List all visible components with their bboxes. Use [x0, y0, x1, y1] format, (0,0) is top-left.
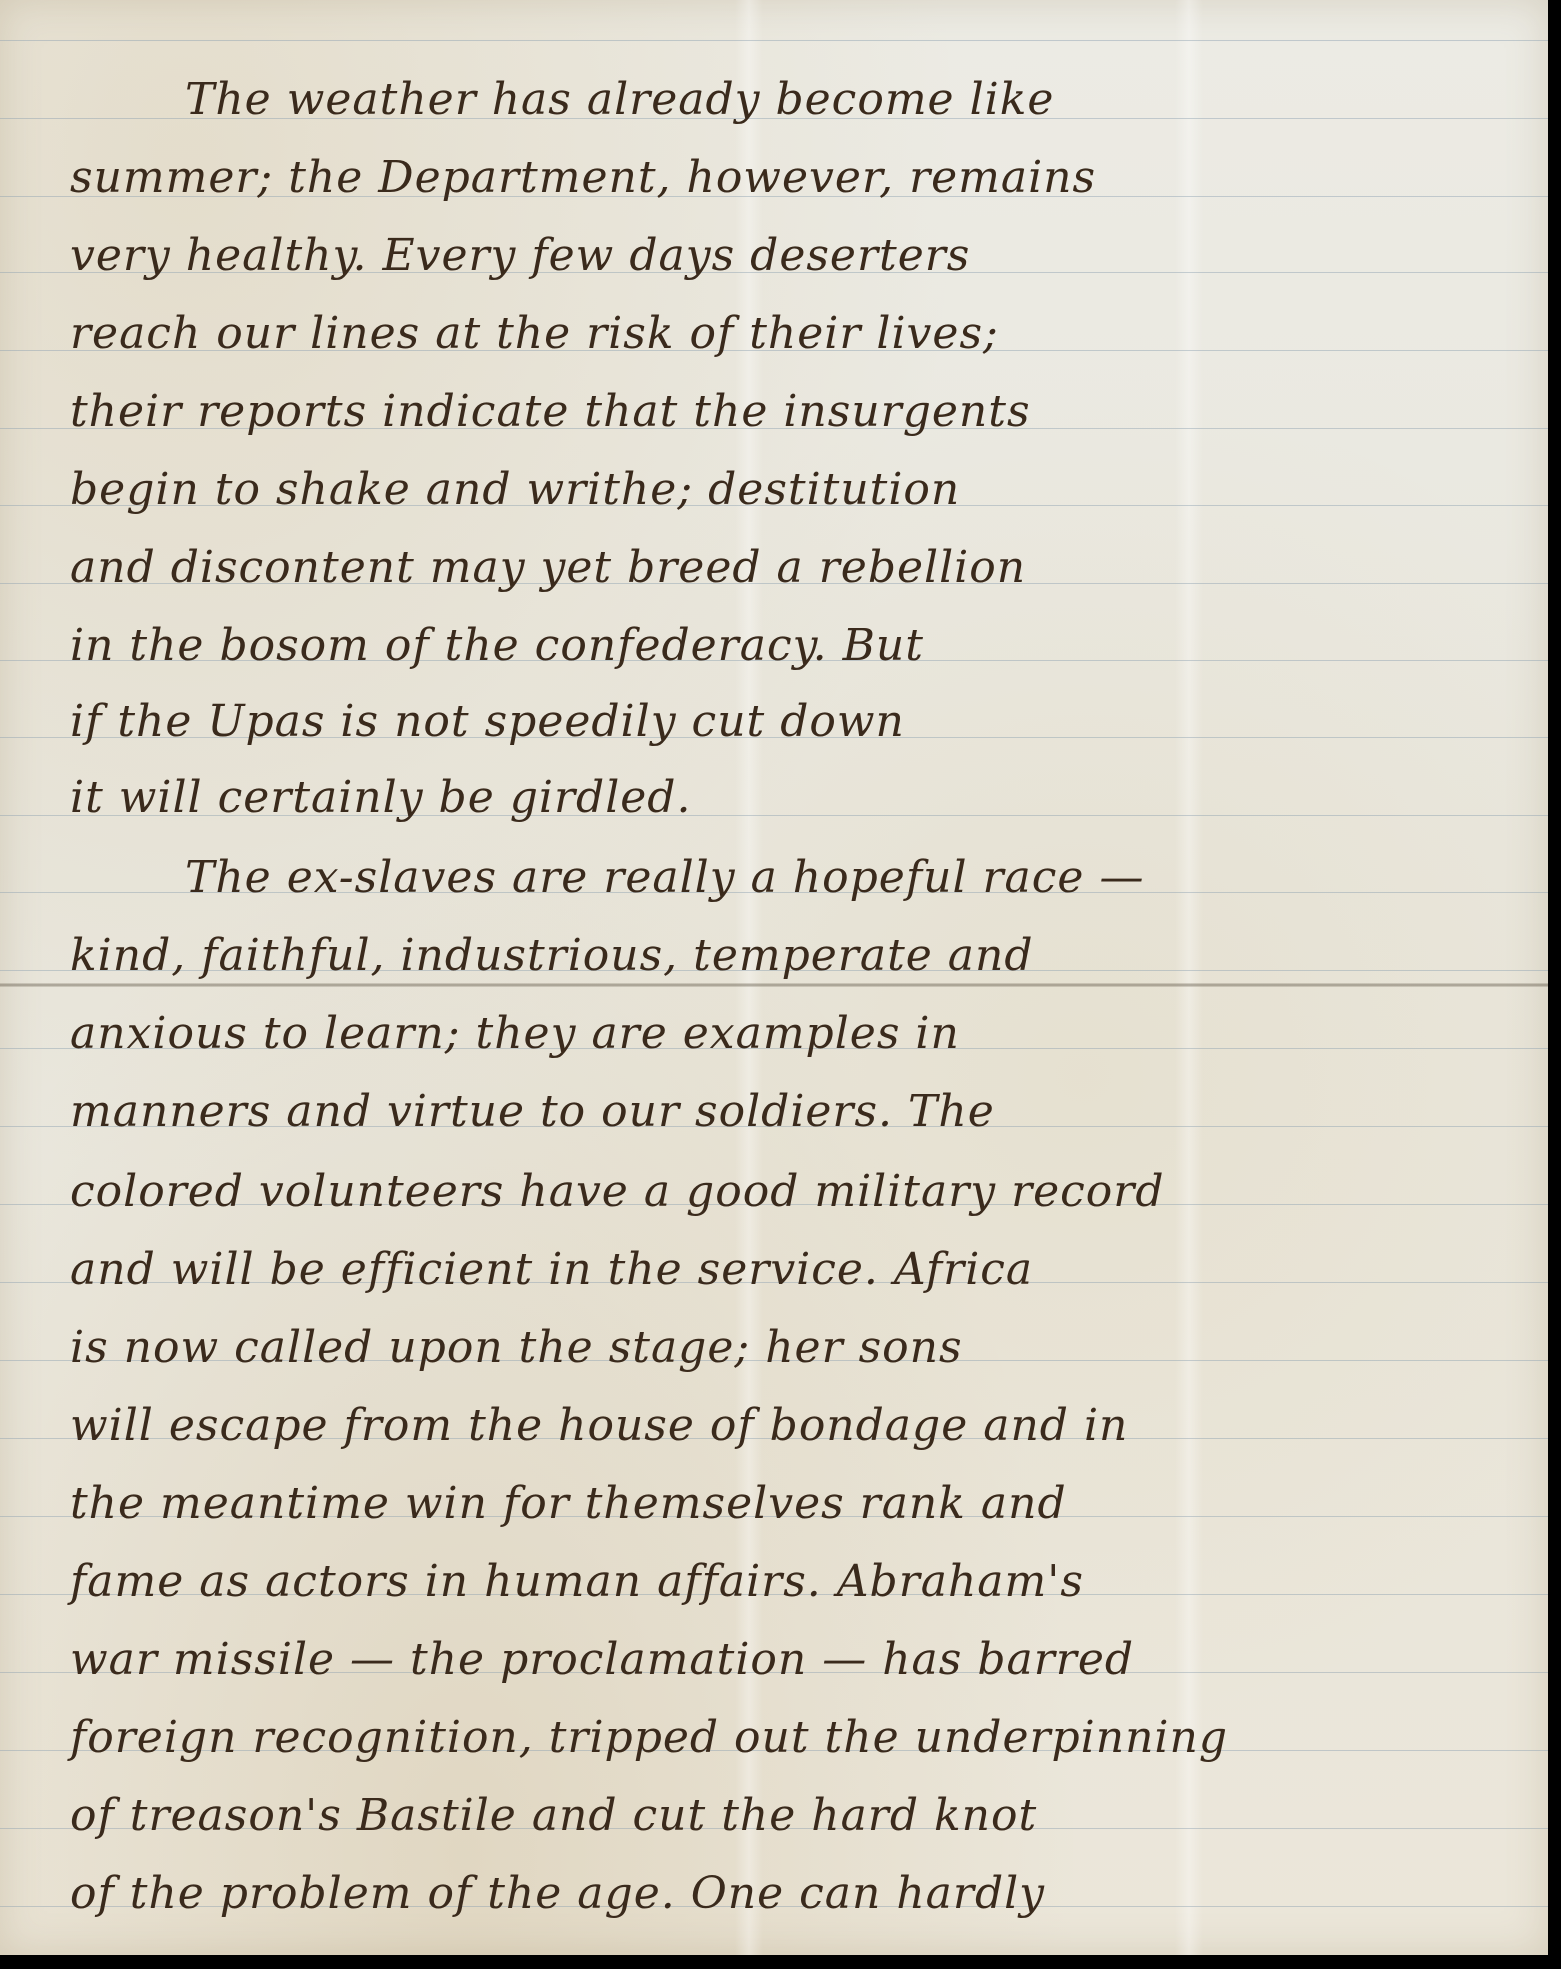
text-line: and will be efficient in the service. Af… [70, 1248, 1518, 1292]
text-line: of treason's Bastile and cut the hard kn… [70, 1794, 1518, 1838]
text-line: anxious to learn; they are examples in [70, 1012, 1518, 1056]
text-line: The ex-slaves are really a hopeful race … [185, 856, 1518, 900]
text-line: colored volunteers have a good military … [70, 1170, 1518, 1214]
text-line: The weather has already become like [185, 78, 1518, 122]
text-line: reach our lines at the risk of their liv… [70, 312, 1518, 356]
text-line: fame as actors in human affairs. Abraham… [70, 1560, 1518, 1604]
text-line: kind, faithful, industrious, temperate a… [70, 934, 1518, 978]
text-line: foreign recognition, tripped out the und… [70, 1716, 1518, 1760]
text-line: it will certainly be girdled. [70, 776, 1518, 820]
text-line: their reports indicate that the insurgen… [70, 390, 1518, 434]
text-line: war missile — the proclamation — has bar… [70, 1638, 1518, 1682]
text-line: of the problem of the age. One can hardl… [70, 1872, 1518, 1916]
text-line: in the bosom of the confederacy. But [70, 624, 1518, 668]
ruled-line [0, 40, 1548, 41]
text-line: is now called upon the stage; her sons [70, 1326, 1518, 1370]
horizontal-fold-crease [0, 983, 1548, 987]
text-line: summer; the Department, however, remains [70, 156, 1518, 200]
text-line: if the Upas is not speedily cut down [70, 700, 1518, 744]
letter-page: The weather has already become like summ… [0, 0, 1548, 1955]
scan-border-bottom [0, 1955, 1561, 1969]
text-line: manners and virtue to our soldiers. The [70, 1090, 1518, 1134]
text-line: very healthy. Every few days deserters [70, 234, 1518, 278]
text-line: and discontent may yet breed a rebellion [70, 546, 1518, 590]
text-line: will escape from the house of bondage an… [70, 1404, 1518, 1448]
scan-border-right [1548, 0, 1561, 1969]
text-line: the meantime win for themselves rank and [70, 1482, 1518, 1526]
text-line: begin to shake and writhe; destitution [70, 468, 1518, 512]
